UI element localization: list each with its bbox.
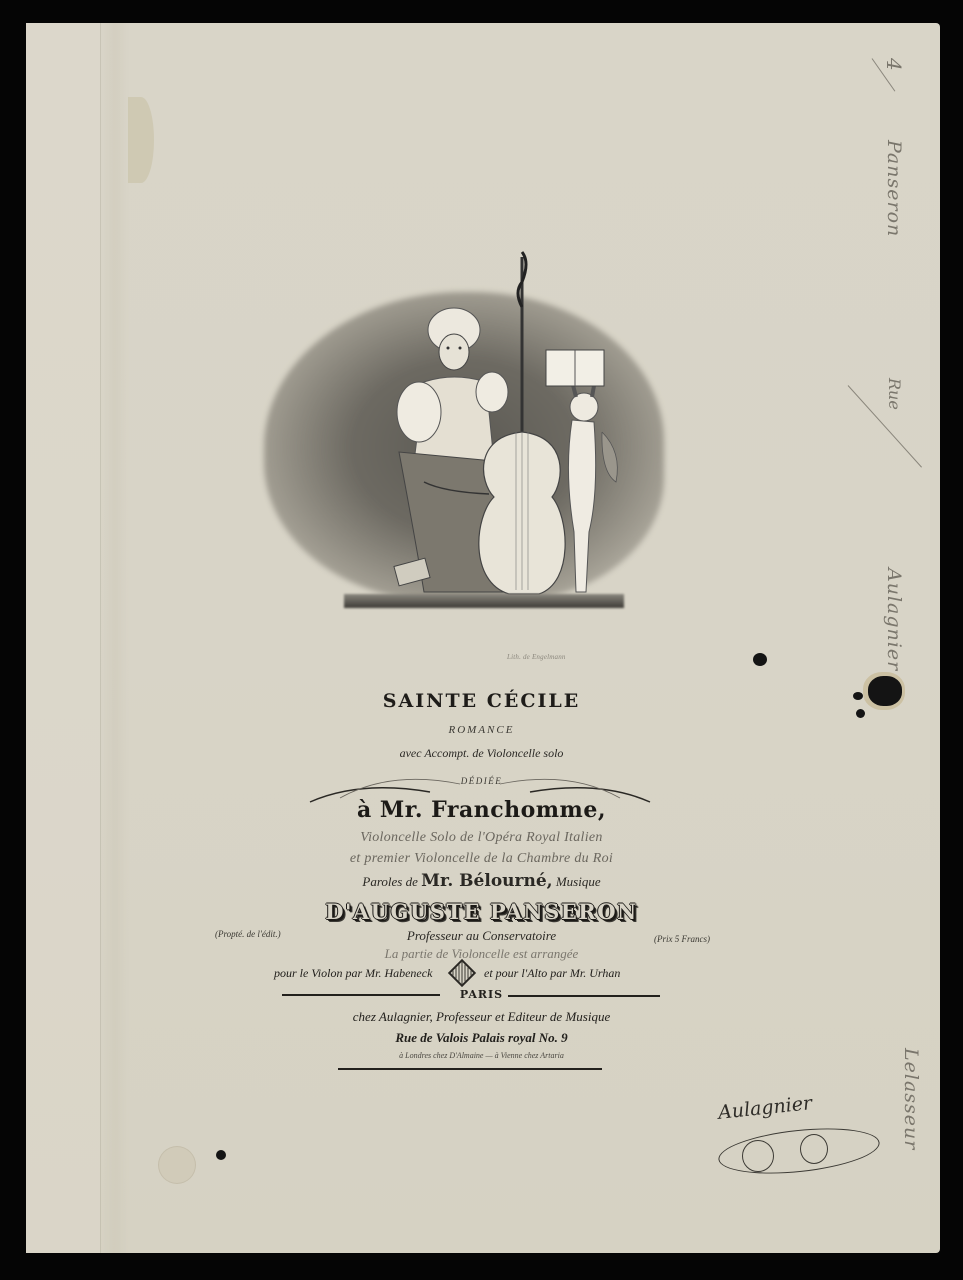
violin-arranger: pour le Violon par Mr. Habeneck [274,966,432,981]
pencil-composer-name: Panseron [883,140,905,237]
dedicatee-name: à Mr. Franchomme, [0,797,963,823]
foreign-agents-line: à Londres chez D'Almaine — à Vienne chez… [0,1051,963,1060]
price-label: (Prix 5 Francs) [654,934,710,944]
water-stain [128,97,154,183]
divider-bottom [338,1068,602,1070]
music-label: Musique [556,874,601,889]
ink-blot [216,1150,226,1160]
genre-label: ROMANCE [0,724,963,736]
pencil-bottom-note: Lelasseur [900,1048,922,1150]
signature-flourish [742,1140,774,1172]
pencil-number: 4 [882,58,906,71]
publisher-line: chez Aulagnier, Professeur et Editeur de… [0,1009,963,1025]
pencil-publisher: Aulagnier [883,568,905,671]
lyricist-prefix: Paroles de [362,874,417,889]
viola-arranger: et pour l'Alto par Mr. Urhan [484,966,620,981]
composer-title: Professeur au Conservatoire [0,928,963,944]
composer-name: D'AUGUSTE PANSERON [0,899,963,924]
illustration-ledge [344,594,624,608]
paper-fold-line [100,23,129,1253]
publisher-city: PARIS [0,988,963,1001]
saint-cecilia-illustration [254,232,694,632]
round-stain [158,1146,196,1184]
lyricist-line: Paroles de Mr. Bélourné, Musique [0,871,963,891]
dedicatee-role-2: et premier Violoncelle de la Chambre du … [0,851,963,867]
publisher-address: Rue de Valois Palais royal No. 9 [0,1030,963,1046]
page-title: SAINTE CÉCILE [0,690,963,712]
arrangement-note: La partie de Violoncelle est arrangée [0,946,963,962]
dedicatee-role-1: Violoncelle Solo de l'Opéra Royal Italie… [0,830,963,846]
cecilia-cello-cherub-drawing [254,232,694,632]
lyricist-name: Mr. Bélourné, [421,871,552,891]
lithographer-caption: Lith. de Engelmann [507,653,566,661]
divider-right [508,995,660,997]
signature-flourish [800,1134,828,1164]
left-margin-strip [26,23,100,1253]
ink-blot [753,653,767,666]
pencil-abbr: Rue [885,378,904,410]
accompaniment-line: avec Accompt. de Violoncelle solo [0,746,963,761]
